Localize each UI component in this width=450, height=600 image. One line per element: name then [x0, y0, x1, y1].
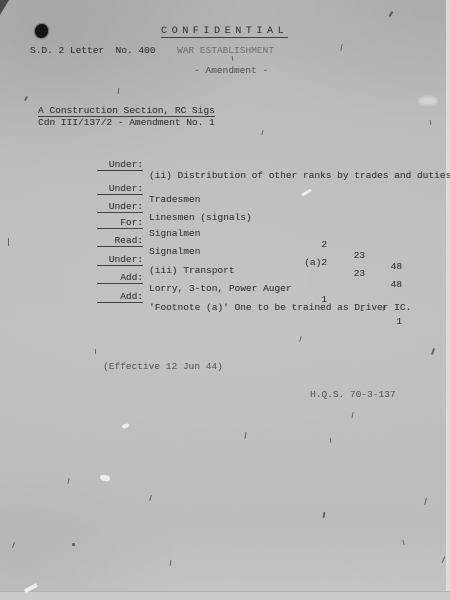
- speckle: [261, 130, 263, 135]
- speckle: [245, 432, 247, 439]
- speckle: [118, 88, 120, 94]
- scanned-document-page: CONFIDENTIAL S.D. 2 Letter No. 400 WAR E…: [0, 0, 450, 600]
- speckle: [170, 560, 172, 566]
- entry-row: For: Signalmen 2 23 48: [0, 206, 450, 218]
- file-reference: H.Q.S. 70-3-137: [310, 389, 396, 400]
- speckle: [430, 120, 432, 125]
- corner-tear-mark: [0, 0, 9, 15]
- speckle: [424, 498, 427, 505]
- entry-row: Add: 'Footnote (a)' One to be trained as…: [0, 280, 450, 292]
- speckle: [389, 11, 394, 17]
- pencil-smudge: [418, 96, 438, 105]
- paper-right-edge: [446, 0, 450, 600]
- entry-label: Under:: [97, 159, 143, 171]
- speckle: [402, 540, 404, 545]
- speckle: [24, 96, 28, 101]
- speckle: [95, 349, 96, 354]
- document-subtitle: - Amendment -: [194, 65, 268, 76]
- hole-punch-dot: [34, 23, 49, 39]
- entry-row: Read: Signalmen (a)2 23 48: [0, 224, 450, 236]
- amendment-reference: Cdn III/137/2 - Amendment No. 1: [38, 117, 215, 128]
- scratch-mark: [99, 474, 110, 482]
- entry-row: Add: Lorry, 3-ton, Power Auger 1 - 1: [0, 261, 450, 273]
- effective-date: (Effective 12 Jun 44): [103, 361, 223, 372]
- entry-label: Add:: [97, 291, 143, 303]
- entry-col3: 1: [370, 316, 402, 327]
- speckle: [232, 56, 234, 61]
- speckle: [72, 543, 75, 546]
- paper-grain-texture: [0, 0, 450, 600]
- classification-banner: CONFIDENTIAL: [161, 26, 288, 38]
- speckle: [8, 238, 9, 246]
- document-title: WAR ESTABLISHMENT: [177, 45, 274, 56]
- entry-row: Under: (ii) Distribution of other ranks …: [0, 148, 450, 160]
- speckle: [442, 556, 446, 563]
- speckle: [431, 348, 435, 355]
- entry-text: 'Footnote (a)' One to be trained as Driv…: [149, 302, 411, 313]
- speckle: [340, 44, 342, 51]
- entry-row: Under: (iii) Transport: [0, 243, 450, 255]
- entry-row: Under: Tradesmen: [0, 172, 450, 184]
- letter-number: S.D. 2 Letter No. 400: [30, 45, 155, 56]
- speckle: [351, 412, 353, 418]
- speckle: [149, 495, 152, 501]
- section-title: A Construction Section, RC Sigs: [38, 105, 215, 117]
- speckle: [12, 542, 15, 548]
- speckle: [67, 478, 69, 484]
- entry-row: Under: Linesmen (signals): [0, 190, 450, 202]
- scratch-mark: [122, 423, 130, 429]
- speckle: [330, 438, 332, 443]
- speckle: [322, 512, 325, 518]
- speckle: [299, 336, 302, 342]
- paper-bottom-edge: [0, 591, 450, 600]
